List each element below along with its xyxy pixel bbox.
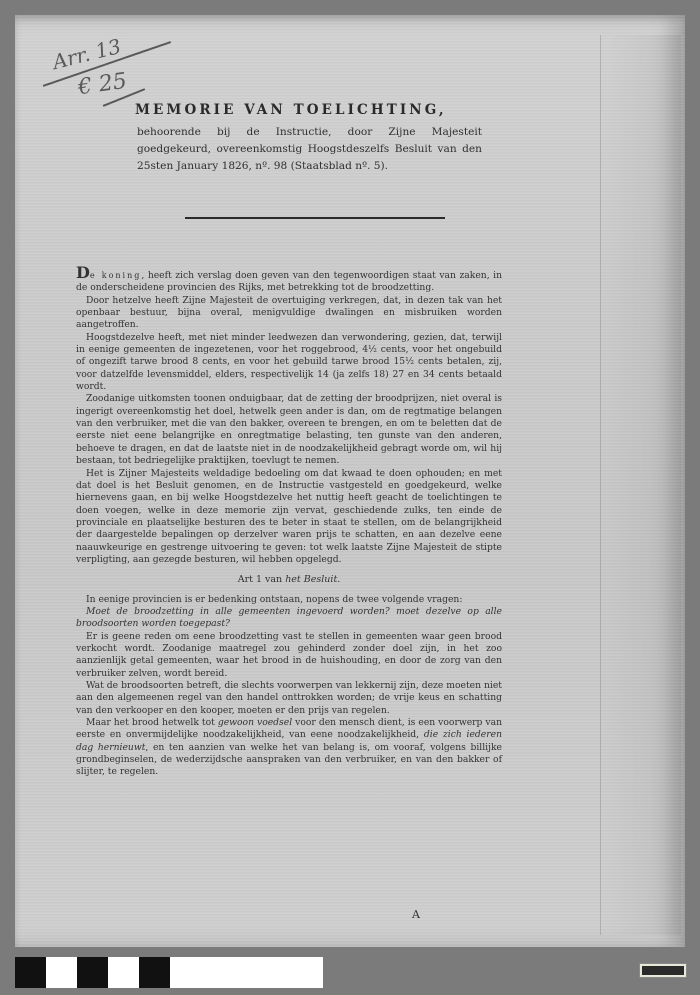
paragraph-question: Moet de broodzetting in alle gemeenten i… bbox=[76, 606, 502, 631]
swatch-white bbox=[46, 957, 77, 988]
scan-color-bar bbox=[15, 957, 323, 988]
paper-fold bbox=[600, 35, 681, 935]
paragraph: Wat de broodsoorten betreft, die slechts… bbox=[76, 680, 502, 717]
paragraph: In eenige provincien is er bedenking ont… bbox=[76, 594, 502, 606]
paragraph: Zoodanige uitkomsten toonen onduigbaar, … bbox=[76, 393, 502, 467]
swatch-white bbox=[108, 957, 139, 988]
title-separator bbox=[185, 217, 445, 219]
paragraph: Er is geene reden om eene broodzetting v… bbox=[76, 631, 502, 680]
paragraph: Hoogstdezelve heeft, met niet minder lee… bbox=[76, 332, 502, 394]
document-body: De koning, heeft zich verslag doen geven… bbox=[76, 268, 502, 779]
drop-cap: D bbox=[76, 263, 90, 282]
signature-mark: A bbox=[412, 908, 420, 921]
paragraph: De koning, heeft zich verslag doen geven… bbox=[76, 268, 502, 295]
paragraph: Het is Zijner Majesteits weldadige bedoe… bbox=[76, 468, 502, 567]
document-subtitle: behoorende bij de Instructie, door Zijne… bbox=[137, 124, 482, 175]
swatch-black bbox=[77, 957, 108, 988]
swatch-black bbox=[139, 957, 170, 988]
paragraph: Maar het brood hetwelk tot gewoon voedse… bbox=[76, 717, 502, 779]
paragraph: Door hetzelve heeft Zijne Majesteit de o… bbox=[76, 295, 502, 332]
document-title: MEMORIE VAN TOELICHTING, bbox=[135, 102, 480, 118]
swatch-white-long bbox=[170, 957, 323, 988]
inventory-label-sticker bbox=[640, 964, 686, 977]
article-heading: Art 1 van het Besluit. bbox=[76, 574, 502, 586]
swatch-black bbox=[15, 957, 46, 988]
